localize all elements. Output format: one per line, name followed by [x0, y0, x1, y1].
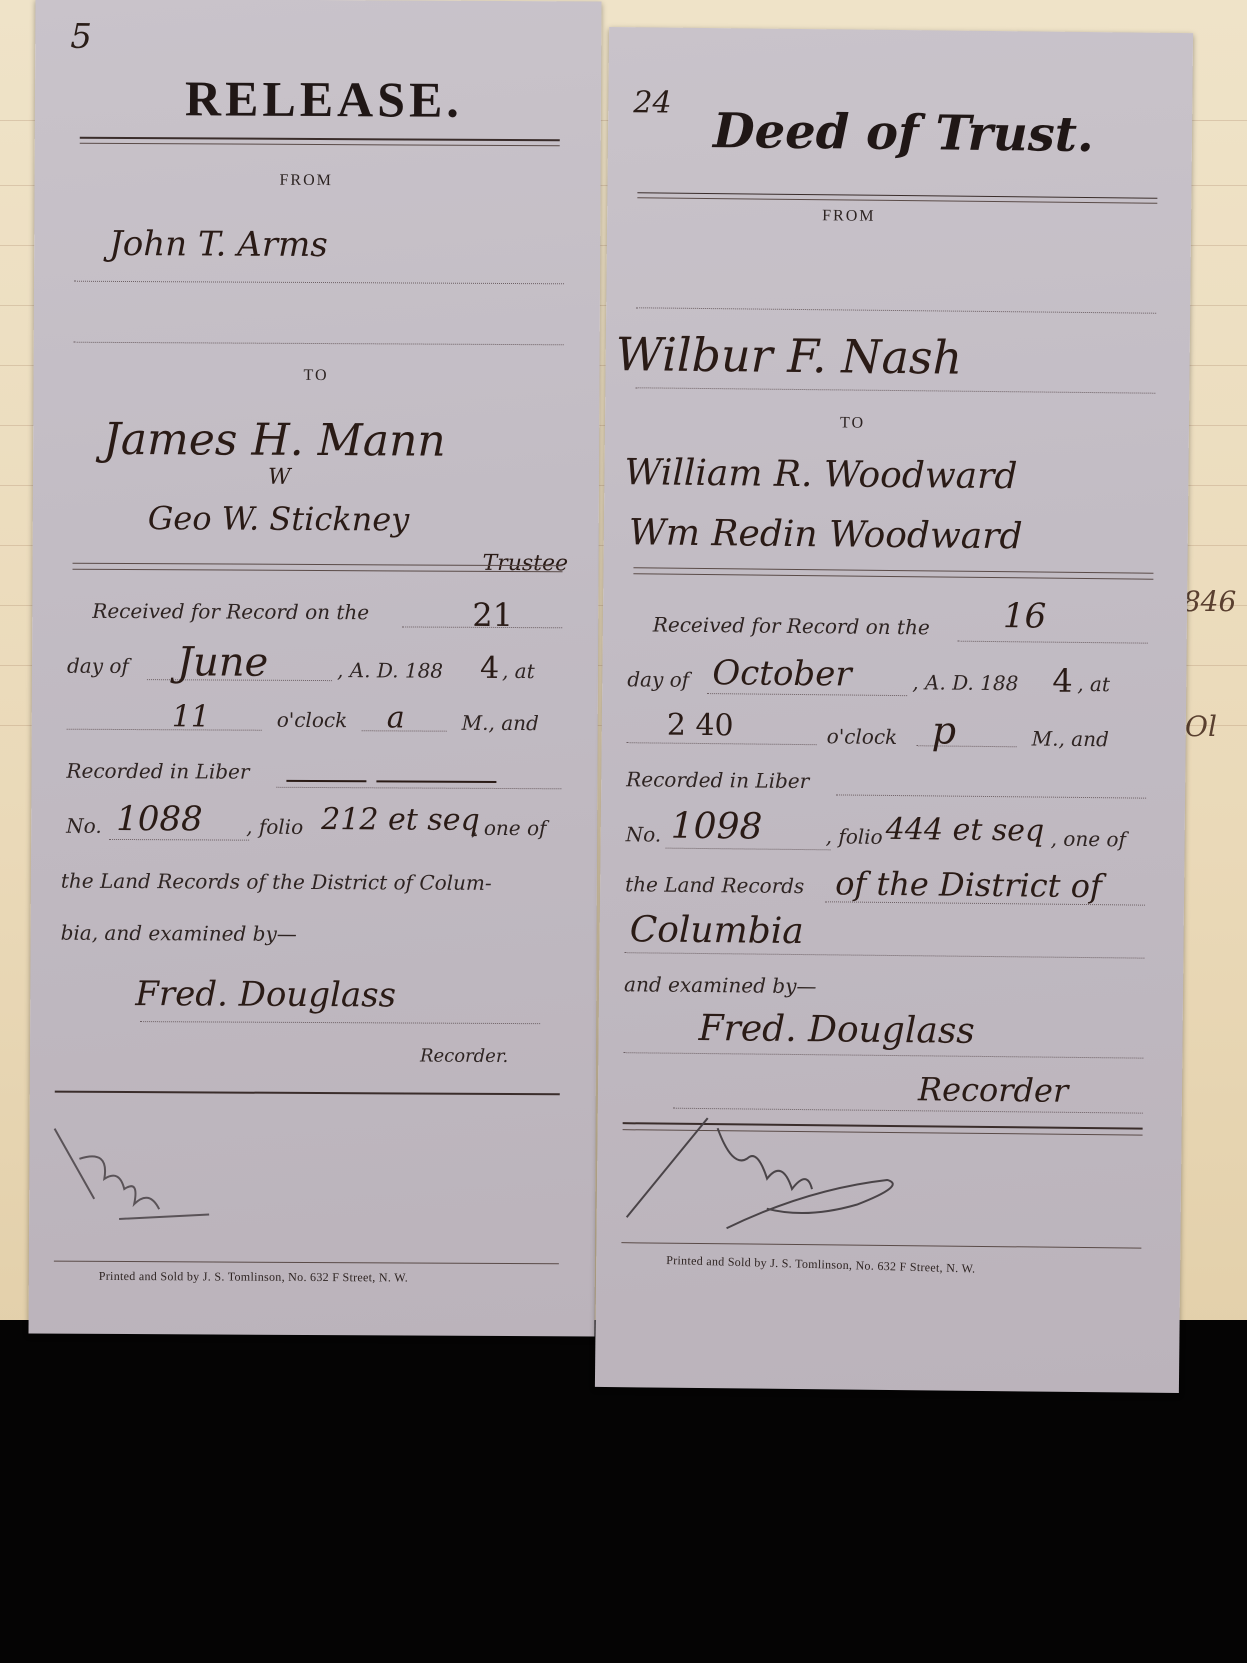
fill-line — [666, 848, 831, 851]
title-rule — [80, 143, 560, 147]
received-day: 16 — [1003, 596, 1047, 636]
trustee-note: Trustee — [482, 551, 568, 576]
to-name: James H. Mann — [103, 414, 446, 467]
fill-line — [67, 729, 262, 731]
handwritten-district: of the District of — [835, 864, 1102, 905]
printer-rule — [54, 1261, 559, 1265]
month: June — [177, 639, 268, 685]
at-text: , at — [1077, 672, 1110, 696]
at-text: , at — [502, 659, 535, 683]
handwritten-dash — [376, 780, 496, 783]
month: October — [712, 653, 852, 694]
folio-number: 444 et seq — [886, 812, 1045, 849]
to-name: Wm Redin Woodward — [629, 512, 1023, 557]
footer-rule — [55, 1091, 560, 1096]
fill-line — [636, 307, 1156, 313]
interlinear-note: W — [268, 465, 291, 490]
examiner-signature: Fred. Douglass — [135, 974, 396, 1015]
folio-text: , folio — [826, 824, 883, 849]
ledger-margin-text: Ol — [1185, 710, 1217, 743]
one-of-text: , one of — [1051, 827, 1127, 852]
hour: 11 — [172, 699, 210, 734]
title-rule — [80, 137, 560, 142]
pencil-monogram — [49, 1119, 250, 1240]
from-name: John T. Arms — [109, 224, 328, 265]
page-number: 24 — [633, 85, 672, 120]
printer-credit: Printed and Sold by J. S. Tomlinson, No.… — [99, 1269, 408, 1286]
received-text: Received for Record on the — [92, 599, 369, 624]
day-of-text: day of — [67, 654, 129, 678]
land-records-text: the Land Records of the District of Colu… — [61, 869, 492, 895]
recorded-in-liber-text: Recorded in Liber — [66, 759, 249, 784]
examined-by-text: and examined by— — [624, 972, 817, 998]
meridiem: p — [932, 708, 957, 752]
folio-text: , folio — [246, 815, 303, 839]
year-suffix: 4 — [480, 651, 499, 686]
hour: 2 40 — [667, 708, 734, 744]
to-name: William R. Woodward — [624, 452, 1017, 497]
examined-by-text: bia, and examined by— — [61, 921, 297, 946]
recorder-label: Recorder. — [420, 1046, 508, 1067]
received-text: Received for Record on the — [653, 612, 930, 639]
fill-line — [624, 952, 1144, 958]
recorder-signature: Recorder — [918, 1070, 1069, 1110]
deed-of-trust-form: 24 Deed of Trust. FROM Wilbur F. Nash TO… — [595, 27, 1193, 1393]
meridiem: a — [387, 700, 405, 735]
form-title: RELEASE. — [185, 69, 463, 128]
received-day: 21 — [472, 596, 513, 634]
fill-line — [623, 1052, 1143, 1058]
page-number: 5 — [70, 17, 92, 57]
no-text: No. — [626, 822, 662, 846]
fill-line — [958, 641, 1148, 644]
from-name: Wilbur F. Nash — [615, 327, 962, 385]
recorded-in-liber-text: Recorded in Liber — [626, 767, 809, 793]
fill-line — [836, 794, 1146, 798]
examiner-signature: Fred. Douglass — [698, 1008, 975, 1052]
release-form: 5 RELEASE. FROM John T. Arms TO James H.… — [29, 0, 602, 1336]
handwritten-dash — [286, 780, 366, 782]
fill-line — [635, 387, 1155, 393]
to-label: TO — [303, 367, 328, 385]
to-name: Geo W. Stickney — [148, 499, 410, 538]
year-prefix: , A. D. 188 — [912, 670, 1018, 695]
handwritten-columbia: Columbia — [629, 909, 803, 952]
year-suffix: 4 — [1052, 662, 1073, 700]
to-label: TO — [840, 414, 865, 432]
day-of-text: day of — [627, 667, 689, 692]
m-and-text: M., and — [1032, 726, 1109, 751]
section-rule — [633, 567, 1153, 573]
folio-number: 212 et seq — [321, 802, 480, 838]
liber-number: 1088 — [116, 799, 203, 839]
printer-credit: Printed and Sold by J. S. Tomlinson, No.… — [666, 1253, 976, 1277]
fill-line — [74, 342, 564, 346]
fill-line — [140, 1021, 540, 1024]
one-of-text: , one of — [471, 816, 546, 840]
form-title: Deed of Trust. — [713, 103, 1094, 163]
from-label: FROM — [822, 207, 876, 226]
year-prefix: , A. D. 188 — [337, 658, 443, 683]
fill-line — [276, 787, 561, 789]
land-records-text: the Land Records — [625, 872, 804, 898]
title-rule — [637, 197, 1157, 203]
no-text: No. — [66, 814, 102, 838]
fill-line — [74, 281, 564, 285]
liber-number: 1098 — [671, 806, 763, 848]
from-label: FROM — [280, 172, 333, 190]
oclock-text: o'clock — [277, 708, 348, 732]
section-rule — [633, 573, 1153, 579]
oclock-text: o'clock — [827, 724, 898, 749]
pencil-monogram — [606, 1107, 927, 1250]
m-and-text: M., and — [462, 711, 539, 735]
